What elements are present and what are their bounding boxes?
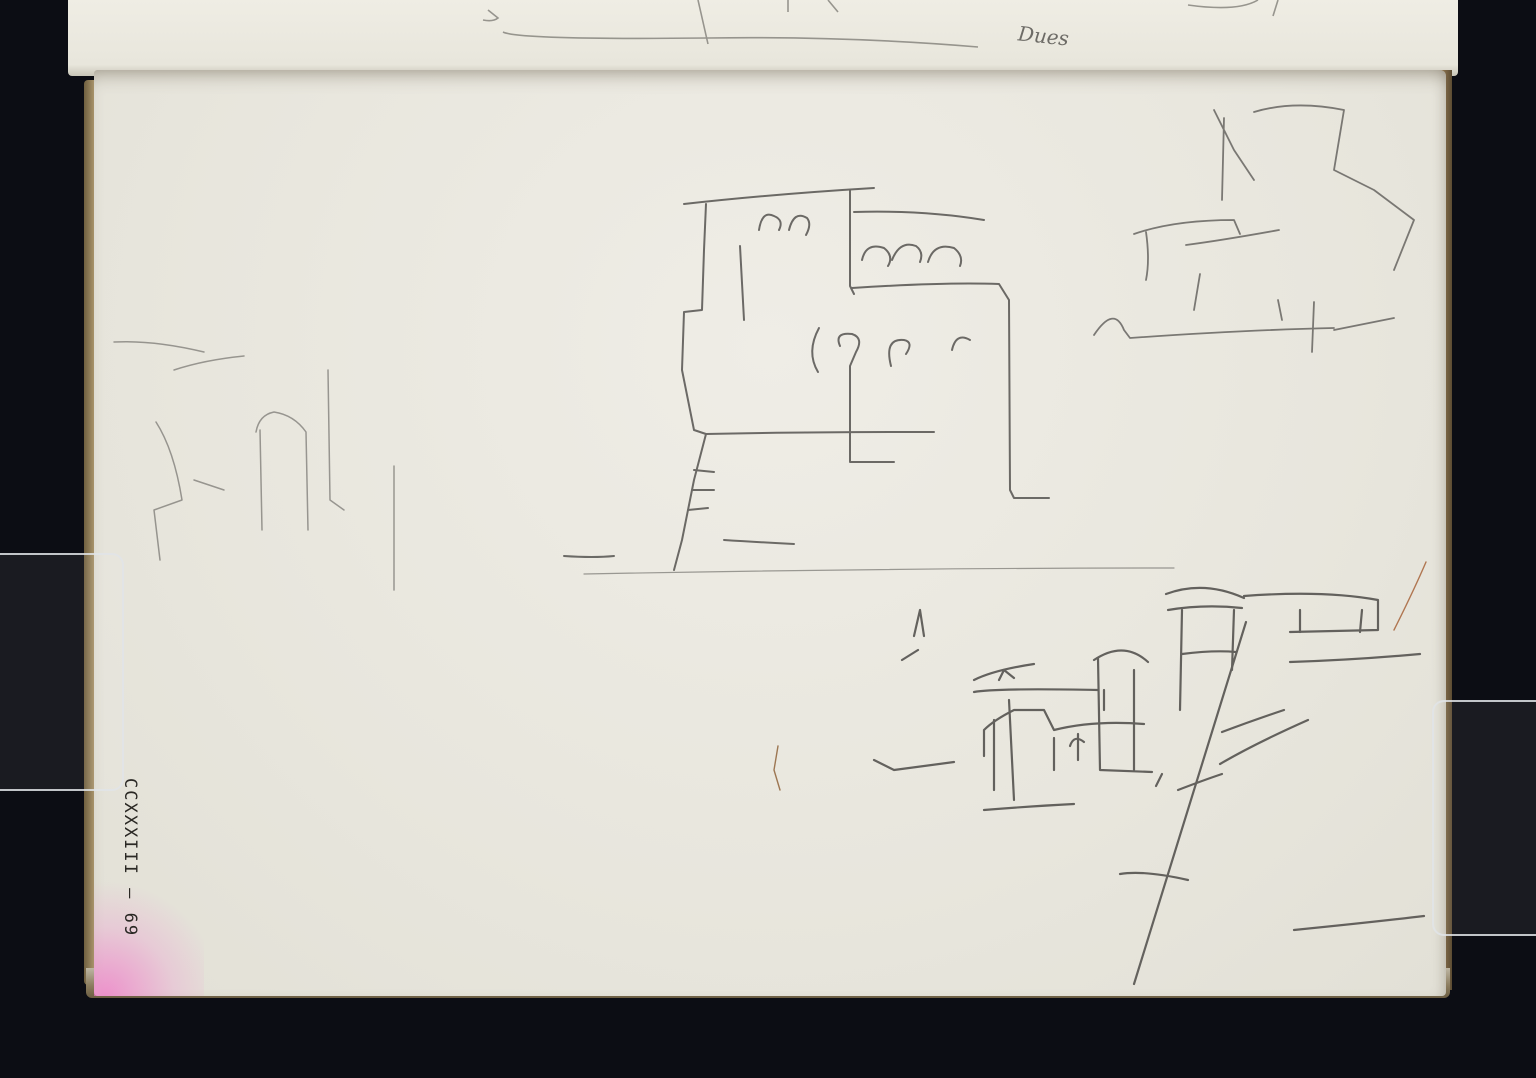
left-binding-clip bbox=[0, 553, 124, 791]
pencil-sketches bbox=[94, 70, 1446, 996]
town-towers bbox=[874, 588, 1424, 984]
arch-ruin bbox=[114, 342, 394, 590]
castle-block bbox=[564, 188, 1049, 570]
right-binding-clip bbox=[1432, 700, 1536, 936]
catalogue-number-text: CCXXXIII — 69 bbox=[120, 778, 140, 937]
sketchbook-page bbox=[94, 70, 1446, 996]
pink-stain bbox=[94, 880, 204, 996]
catalogue-number: CCXXXIII — 69 bbox=[118, 778, 148, 993]
upper-facing-page: Dues bbox=[68, 0, 1458, 76]
right-buildings bbox=[1094, 105, 1414, 352]
upper-page-sketch bbox=[68, 0, 1458, 76]
